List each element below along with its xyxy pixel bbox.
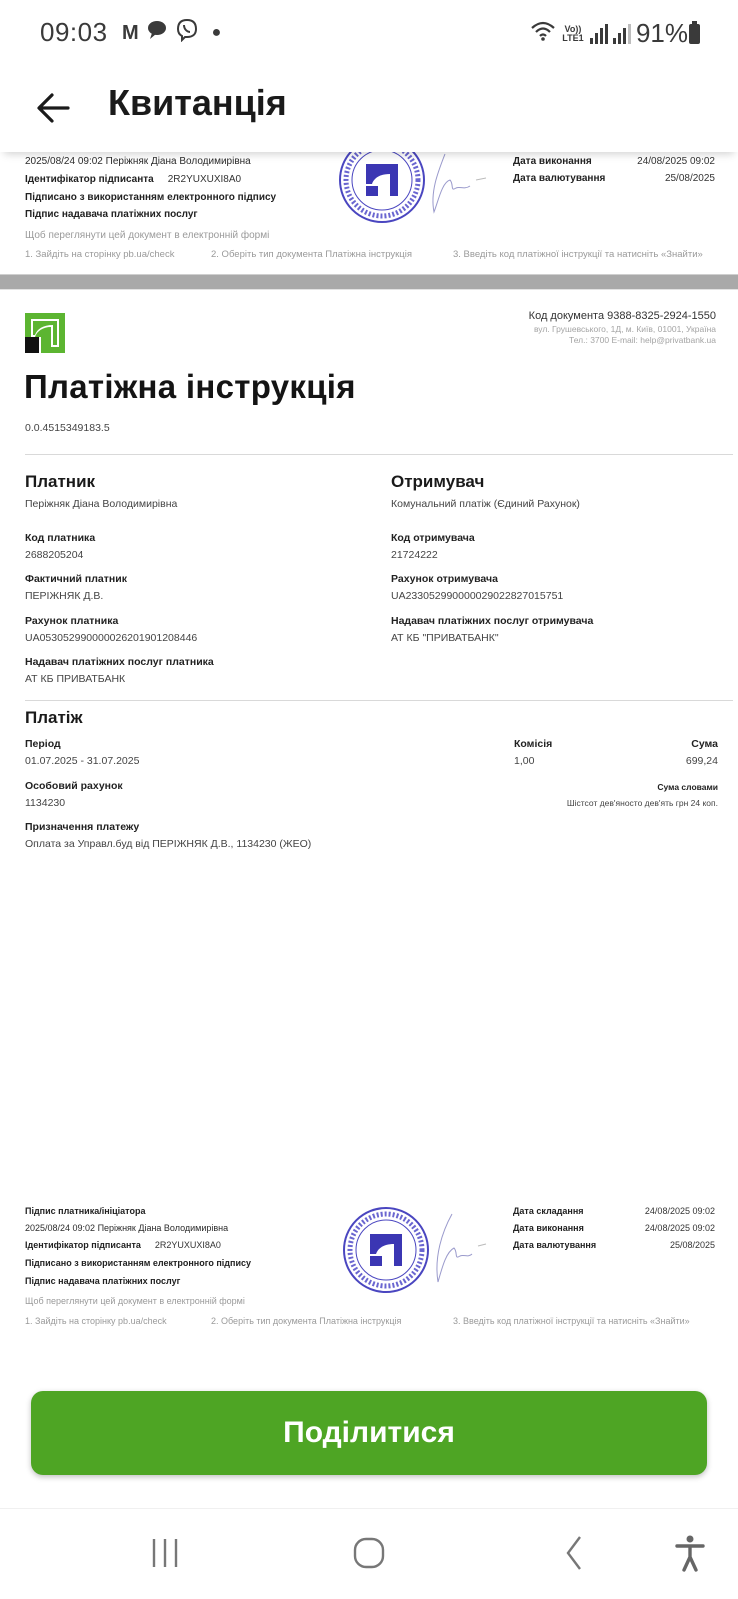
clock: 09:03	[40, 17, 108, 48]
recipient-heading: Отримувач	[391, 472, 484, 492]
signer-id: Ідентифікатор підписанта2R2YUXUXI8A0	[25, 1240, 221, 1250]
recipient-code-label: Код отримувача	[391, 532, 475, 544]
chat-bubble-icon	[146, 19, 168, 47]
recent-apps-button[interactable]	[144, 1531, 188, 1575]
system-indicators: Vo)) LTE1 91%	[530, 18, 688, 49]
notification-icons: M ●	[122, 18, 221, 48]
recipient-bank-label: Надавач платіжних послуг отримувача	[391, 615, 593, 627]
status-bar: 09:03 M ● Vo)) LTE1 91%	[0, 0, 738, 70]
recipient-account-value: UA233052990000029022827015751	[391, 590, 563, 602]
purpose-label: Призначення платежу	[25, 821, 139, 833]
bank-address: вул. Грушевського, 1Д, м. Київ, 01001, У…	[534, 324, 716, 346]
signed-electronic: Підписано з використанням електронного п…	[25, 1258, 251, 1268]
payer-name: Періжняк Діана Володимирівна	[25, 498, 177, 510]
receipt-document[interactable]: 2025/08/24 09:02 Періжняк Діана Володими…	[0, 152, 738, 1360]
personal-account-value: 1134230	[25, 797, 65, 809]
recipient-bank-value: АТ КБ "ПРИВАТБАНК"	[391, 632, 499, 644]
recent-apps-icon	[144, 1531, 188, 1575]
payment-heading: Платіж	[25, 708, 83, 728]
amount-words-label: Сума словами	[657, 782, 718, 792]
recipient-code-value: 21724222	[391, 549, 438, 561]
share-button[interactable]: Поділитися	[31, 1391, 707, 1475]
handwritten-signature-icon	[420, 1212, 490, 1292]
app-bar: Квитанція	[0, 70, 738, 152]
payer-code-label: Код платника	[25, 532, 95, 544]
signed-electronic: Підписано з використанням електронного п…	[25, 192, 276, 203]
signal-icon-sim1	[590, 24, 608, 44]
payer-code-value: 2688205204	[25, 549, 83, 561]
accessibility-icon	[668, 1531, 712, 1575]
page-separator	[0, 274, 738, 290]
provider-signature: Підпис надавача платіжних послуг	[25, 209, 198, 220]
network-type: Vo)) LTE1	[561, 25, 585, 43]
payer-bank-label: Надавач платіжних послуг платника	[25, 656, 214, 668]
page-title: Квитанція	[108, 82, 287, 124]
amount-words-value: Шістсот дев'яносто дев'ять грн 24 коп.	[567, 798, 718, 808]
viber-icon	[175, 18, 199, 48]
home-button[interactable]	[347, 1531, 391, 1575]
amount-label: Сума	[691, 738, 718, 750]
arrow-left-icon	[34, 88, 74, 128]
payer-heading: Платник	[25, 472, 95, 492]
view-hint: Щоб переглянути цей документ в електронн…	[25, 230, 269, 241]
purpose-value: Оплата за Управл.буд від ПЕРІЖНЯК Д.В., …	[25, 838, 311, 850]
home-icon	[347, 1531, 391, 1575]
dot-icon: ●	[212, 20, 222, 46]
privatbank-logo-icon	[25, 313, 65, 353]
document-title: Платіжна інструкція	[24, 368, 356, 406]
back-icon	[554, 1531, 598, 1575]
accessibility-button[interactable]	[668, 1531, 712, 1575]
payer-account-value: UA053052990000026201901208446	[25, 632, 197, 644]
commission-value: 1,00	[514, 755, 534, 767]
actual-payer-label: Фактичний платник	[25, 573, 127, 585]
amount-value: 699,24	[686, 755, 718, 767]
bank-stamp-icon	[342, 1206, 430, 1294]
handwritten-signature-icon	[420, 152, 490, 224]
signer-id: Ідентифікатор підписанта2R2YUXUXI8A0	[25, 174, 241, 185]
document-code: Код документа 9388-8325-2924-1550	[529, 310, 716, 322]
payer-signature-label: Підпис платника/ініціатора	[25, 1206, 145, 1216]
recipient-name: Комунальний платіж (Єдиний Рахунок)	[391, 498, 580, 510]
system-back-button[interactable]	[554, 1531, 598, 1575]
commission-label: Комісія	[514, 738, 552, 750]
provider-signature: Підпис надавача платіжних послуг	[25, 1276, 180, 1286]
divider	[25, 700, 733, 701]
divider	[25, 454, 733, 455]
wifi-icon	[530, 20, 556, 47]
period-value: 01.07.2025 - 31.07.2025	[25, 755, 139, 767]
document-number: 0.0.4515349183.5	[25, 422, 110, 434]
battery-icon	[689, 24, 700, 44]
signature-datetime-name: 2025/08/24 09:02 Періжняк Діана Володими…	[25, 1223, 228, 1233]
payer-account-label: Рахунок платника	[25, 615, 118, 627]
battery-percent: 91%	[636, 18, 688, 49]
signal-icon-sim2	[613, 24, 631, 44]
view-hint: Щоб переглянути цей документ в електронн…	[25, 1296, 245, 1306]
signature-datetime-name: 2025/08/24 09:02 Періжняк Діана Володими…	[25, 156, 251, 167]
recipient-account-label: Рахунок отримувача	[391, 573, 498, 585]
back-button[interactable]	[34, 88, 74, 128]
system-nav-bar	[0, 1508, 738, 1599]
bank-stamp-icon	[338, 152, 426, 224]
gmail-icon: M	[122, 20, 139, 46]
payer-bank-value: АТ КБ ПРИВАТБАНК	[25, 673, 125, 685]
personal-account-label: Особовий рахунок	[25, 780, 123, 792]
period-label: Період	[25, 738, 61, 750]
actual-payer-value: ПЕРІЖНЯК Д.В.	[25, 590, 103, 602]
